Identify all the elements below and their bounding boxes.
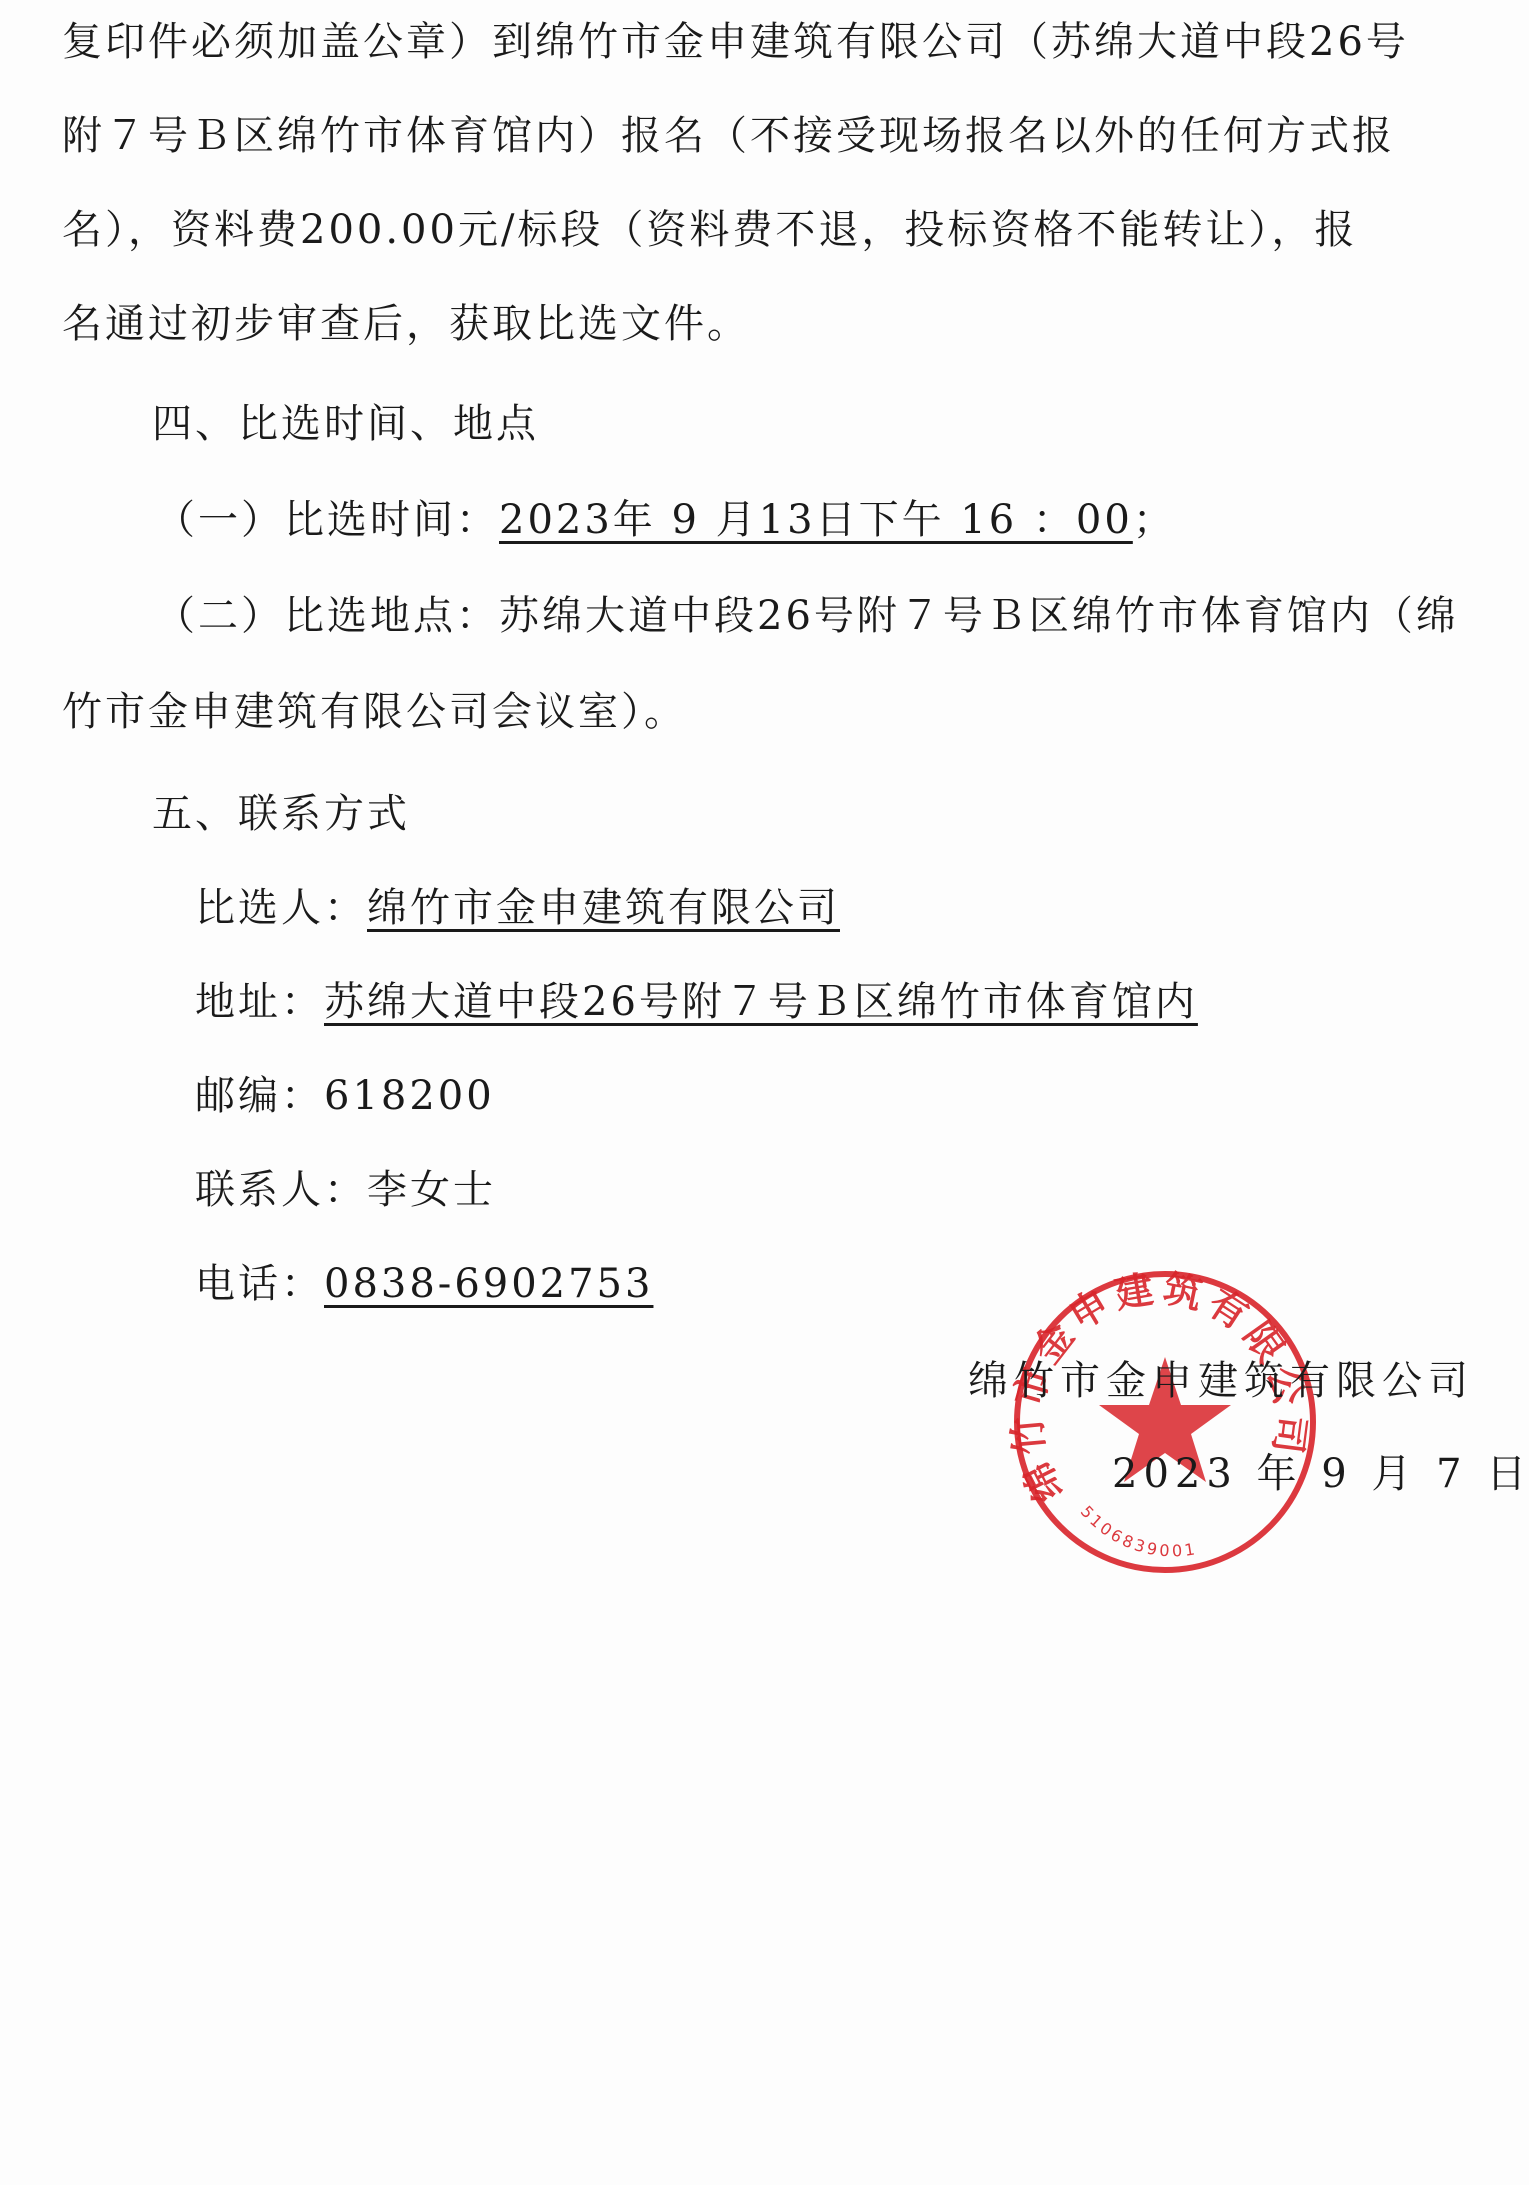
contact-label: 电话： — [195, 1261, 324, 1307]
contact-label: 地址： — [195, 979, 324, 1025]
contact-row-address: 地址：苏绵大道中段26号附７号Ｂ区绵竹市体育馆内 — [195, 978, 1198, 1026]
contact-row-phone: 电话：0838-6902753 — [195, 1260, 653, 1308]
section5-heading: 五、联系方式 — [152, 790, 410, 838]
contact-row-postcode: 邮编：618200 — [195, 1072, 495, 1120]
paragraph-line-1: 复印件必须加盖公章）到绵竹市金申建筑有限公司（苏绵大道中段26号 — [62, 18, 1409, 66]
contact-value: 绵竹市金申建筑有限公司 — [367, 885, 840, 931]
paragraph-line-4: 名通过初步审查后，获取比选文件。 — [62, 300, 750, 348]
bid-time-label: （一）比选时间： — [155, 497, 499, 543]
bid-place-line-2: 竹市金申建筑有限公司会议室）。 — [62, 688, 687, 736]
contact-label: 邮编： — [195, 1073, 324, 1119]
contact-value: 苏绵大道中段26号附７号Ｂ区绵竹市体育馆内 — [324, 979, 1198, 1025]
document-page: 复印件必须加盖公章）到绵竹市金申建筑有限公司（苏绵大道中段26号 附７号Ｂ区绵竹… — [0, 0, 1529, 2185]
paragraph-line-2: 附７号Ｂ区绵竹市体育馆内）报名（不接受现场报名以外的任何方式报 — [62, 112, 1395, 160]
signature-date: 2023 年 9 月 7 日 — [1112, 1450, 1529, 1498]
contact-label: 联系人： — [195, 1167, 367, 1213]
section4-heading: 四、比选时间、地点 — [152, 400, 539, 448]
bid-place-value: 苏绵大道中段26号附７号Ｂ区绵竹市体育馆内（绵 — [499, 593, 1459, 639]
signature-company: 绵竹市金申建筑有限公司 — [968, 1357, 1474, 1405]
contact-row-person: 联系人：李女士 — [195, 1166, 496, 1214]
bid-time-suffix: ； — [1133, 497, 1176, 543]
contact-value: 618200 — [324, 1073, 495, 1119]
bid-time-value: 2023年 9 月13日下午 16 ：00 — [499, 497, 1133, 543]
bid-place-label: （二）比选地点： — [155, 593, 499, 639]
bid-time-row: （一）比选时间：2023年 9 月13日下午 16 ：00； — [155, 496, 1176, 544]
paragraph-line-3: 名），资料费200.00元/标段（资料费不退，投标资格不能转让），报 — [62, 206, 1357, 254]
bid-place-row: （二）比选地点：苏绵大道中段26号附７号Ｂ区绵竹市体育馆内（绵 — [155, 592, 1459, 640]
contact-value: 0838-6902753 — [324, 1261, 653, 1307]
company-seal-stamp: 绵竹市金申建筑有限公司 5106839001 — [1005, 1262, 1325, 1582]
contact-label: 比选人： — [195, 885, 367, 931]
contact-row-bidder: 比选人：绵竹市金申建筑有限公司 — [195, 884, 840, 932]
contact-value: 李女士 — [367, 1167, 496, 1213]
